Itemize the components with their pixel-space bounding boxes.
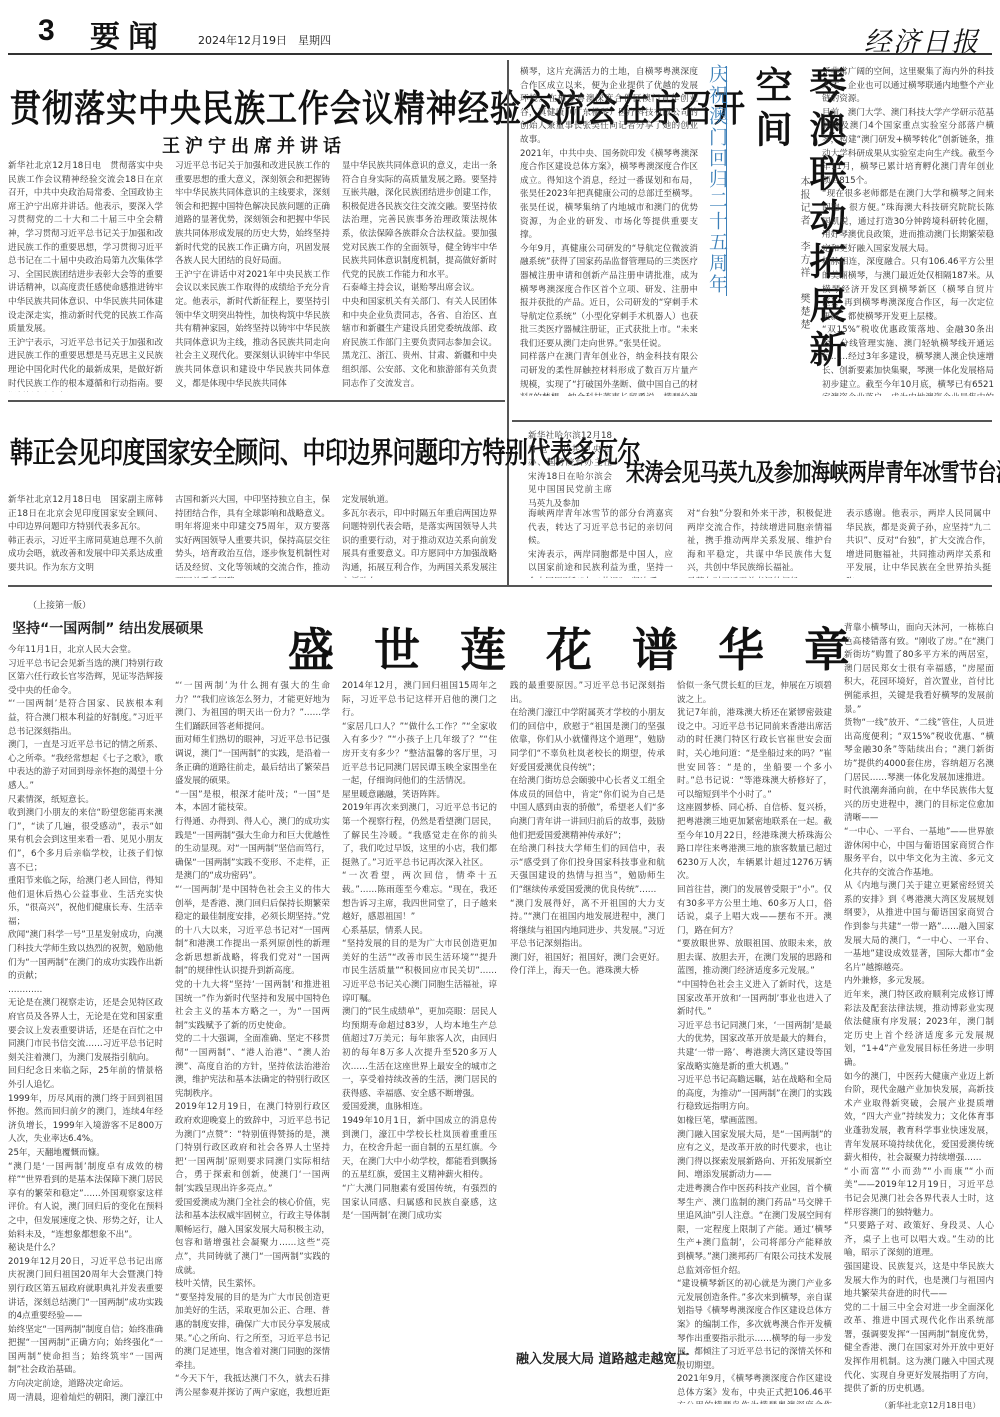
article4-column-1: 海峡两岸青年冰雪节的部分台湾嘉宾代表，转达了习近平总书记的亲切问候。 宋涛表示，… bbox=[528, 508, 673, 578]
article3-column-1: 新华社北京12月18日电 国家副主席韩正18日在北京会见印度国家安全顾问、中印边… bbox=[8, 494, 163, 578]
section-rule bbox=[8, 585, 992, 587]
closing-dateline: （新华社北京12月18日电） bbox=[880, 1400, 980, 1411]
article1-subtitle: 王沪宁出席并讲话 bbox=[162, 132, 346, 158]
section-head-1: 坚持“一国两制” 结出发展硕果 bbox=[12, 618, 203, 638]
article5-column-4: 践的最重要原因。”习近平总书记深刻指出。 在给澳门濠江中学附属英才学校的小朋友们… bbox=[510, 680, 665, 1330]
article5-column-2: “‘一国两制’为什么拥有强大的生命力？”“我们应该怎么努力，才能更好地为澳门、为… bbox=[175, 680, 330, 1400]
article4-column-2: 对“台独”分裂和外来干涉，积极促进两岸交流合作，持续增进同胞亲情福祉，携手推动两… bbox=[687, 508, 832, 578]
article4-lead: 新华社哈尔滨12月18日电 中共中央台办、国务院台办主任宋涛18日在哈尔滨会见中… bbox=[528, 430, 612, 510]
section-rule bbox=[8, 400, 505, 402]
section-head-3: 融入发展大局 道路越走越宽广 bbox=[516, 1348, 690, 1367]
continued-note: （上接第一版） bbox=[28, 598, 91, 611]
article5-column-3: 2014年12月，澳门回归祖国15周年之际，习近平总书记这样开启他的澳门之行。 … bbox=[342, 680, 497, 1404]
masthead-rule bbox=[8, 53, 992, 55]
article3-column-2: 古国和新兴大国，中印坚持独立自主，保持团结合作，具有全球影响和战略意义。明年将迎… bbox=[175, 494, 330, 578]
article5-column-6: 背靠小横琴山，面向天沐河，一栋栋白色高楼错落有致。“刚收了房。”在“澳门新街坊”… bbox=[844, 622, 994, 1392]
page-number: 3 bbox=[38, 14, 55, 48]
article3-column-3: 定发展轨道。 多瓦尔表示，印中时隔五年重启两国边界问题特别代表会晤，是落实两国领… bbox=[342, 494, 497, 578]
article2-column-1: 横琴，这片充满活力的土地，自横琴粤澳深度合作区成立以来，便为企业提供了优越的发展… bbox=[520, 66, 698, 396]
article2-byline: 本报记者 李方祥 樊楚楚 bbox=[796, 176, 811, 386]
column-divider bbox=[507, 60, 509, 585]
section-rule bbox=[512, 420, 992, 422]
article1-column-2: 习近平总书记关于加强和改进民族工作的重要思想的重大意义，深刻领会和把握铸牢中华民… bbox=[175, 160, 330, 392]
article5-column-1: 今年11月1日，北京人民大会堂。 习近平总书记会见新当选的澳门特别行政区第六任行… bbox=[8, 644, 163, 1404]
section-name: 要闻 bbox=[90, 12, 166, 56]
article5-column-5: 恰似一条气贯长虹的巨龙，伸展在万顷碧波之上。 犹记7年前，港珠澳大桥还在紧锣密鼓… bbox=[677, 680, 832, 1404]
article1-column-1: 新华社北京12月18日电 贯彻落实中央民族工作会议精神经验交流会18日在京召开，… bbox=[8, 160, 163, 392]
article2-column-2: 了非常广阔的空间，这里聚集了海内外的科技人才，企业也可以通过横琴联通内地整个产业… bbox=[822, 66, 994, 396]
article5-headline: 盛世莲花谱华章 bbox=[288, 614, 890, 680]
article4-column-3: 表示感谢。他表示，两岸人民同属中华民族，都是炎黄子孙，应坚持“九二共识”、反对“… bbox=[846, 508, 991, 578]
article1-column-3: 显中华民族共同体意识的意义，走出一条符合自身实际的高质量发展之路。要坚持互嵌共融… bbox=[342, 160, 497, 392]
kicker-rule bbox=[726, 66, 727, 296]
article4-headline: 宋涛会见马英九及参加海峡两岸青年冰雪节台湾嘉宾代表 bbox=[626, 454, 1000, 488]
issue-date: 2024年12月19日 星期四 bbox=[198, 32, 331, 48]
